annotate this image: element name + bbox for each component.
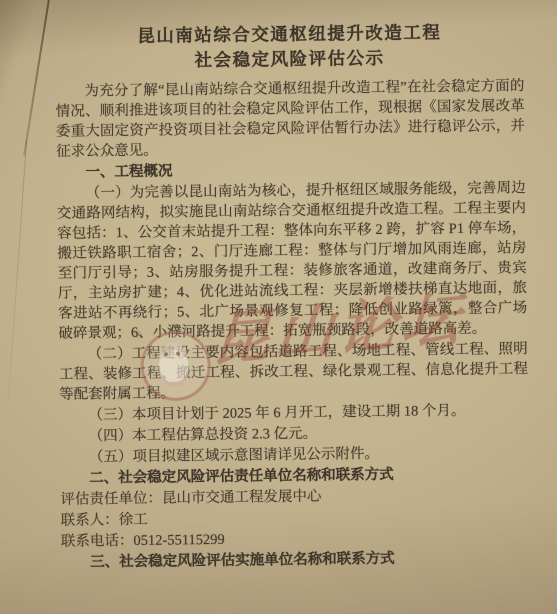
contact-person-value: 徐工 [119, 512, 148, 528]
paper-crease-line [23, 0, 50, 156]
document-photo: 昆山南站综合交通枢纽提升改造工程 社会稳定风险评估公示 为充分了解“昆山南站综合… [0, 0, 557, 614]
paper-crease-line-lower [8, 140, 27, 399]
section-1-item-2: （二）工程建设主要内容包括道路工程、场地工程、管线工程、照明工程、装修工程、搬迁… [59, 339, 529, 405]
intro-paragraph: 为充分了解“昆山南站综合交通枢纽提升改造工程”在社会稳定方面的情况、顺利推进该项… [55, 76, 525, 162]
contact-phone-value: 0512-55115299 [133, 532, 224, 549]
responsible-unit-value: 昆山市交通工程发展中心 [162, 489, 322, 507]
section-1-item-1: （一）为完善以昆山南站为核心，提升枢纽区域服务能级，完善周边交通路网结构，拟实施… [57, 178, 528, 344]
document-body: 昆山南站综合交通枢纽提升改造工程 社会稳定风险评估公示 为充分了解“昆山南站综合… [55, 19, 531, 574]
responsible-unit-label: 评估责任单位： [60, 491, 162, 508]
title-line-2: 社会稳定风险评估公示 [55, 44, 524, 75]
contact-phone-label: 联系电话： [61, 533, 134, 550]
corner-shadow [0, 0, 58, 159]
document-title: 昆山南站综合交通枢纽提升改造工程 社会稳定风险评估公示 [55, 19, 525, 75]
contact-person-label: 联系人： [61, 512, 119, 529]
